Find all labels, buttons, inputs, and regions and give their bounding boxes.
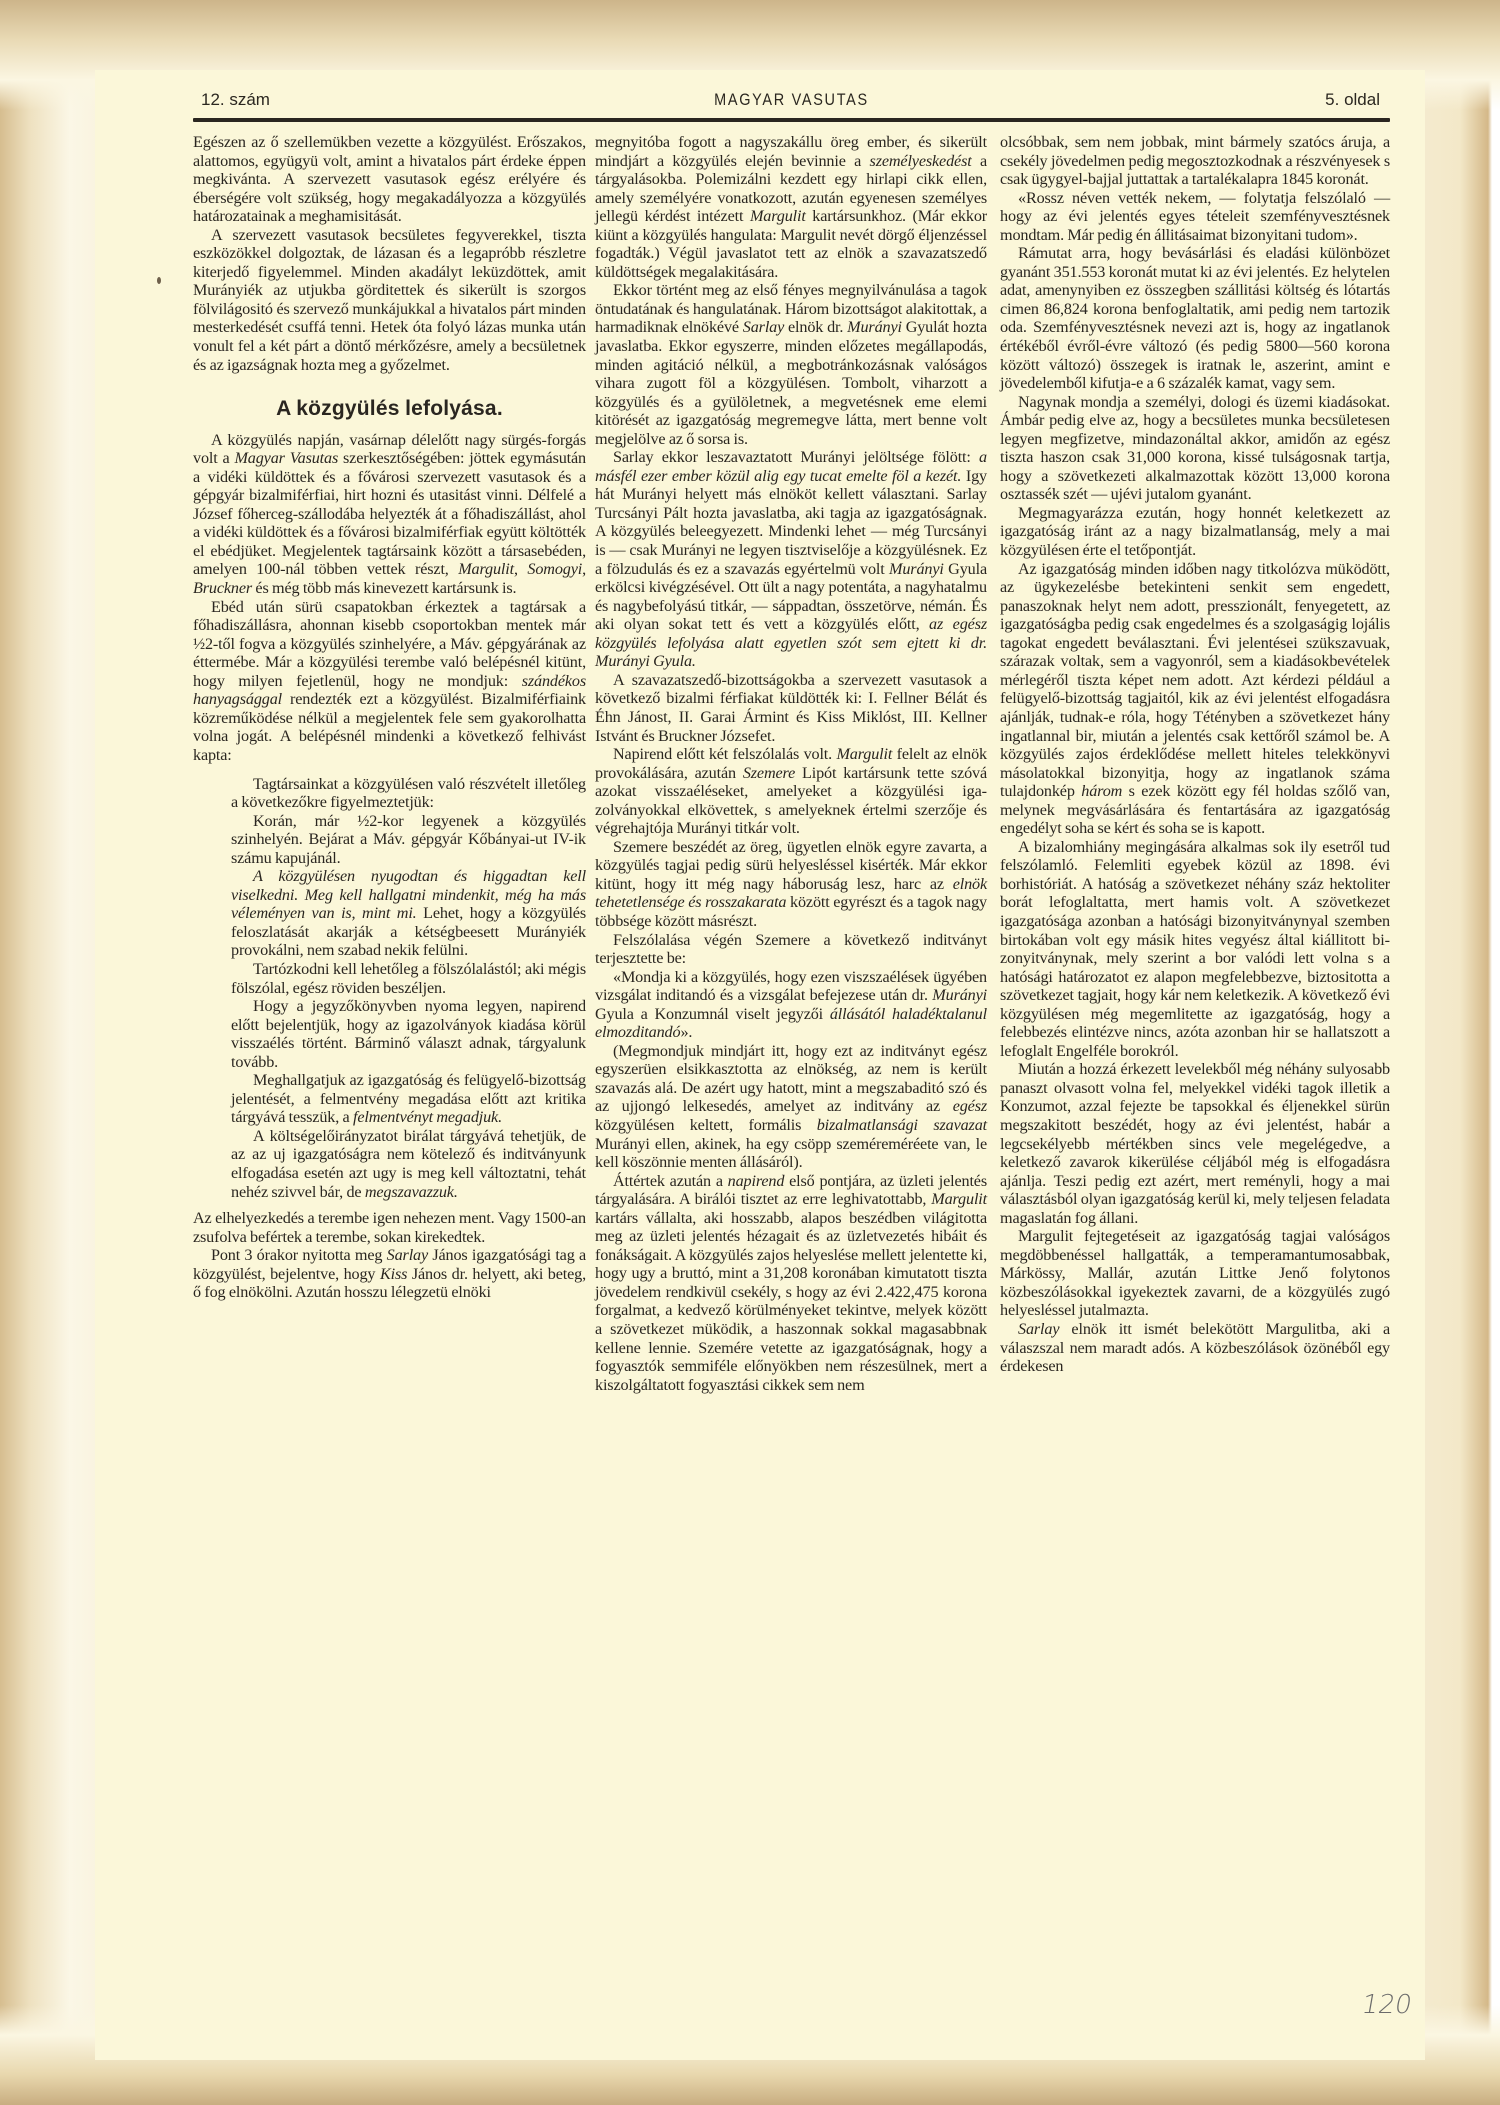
text-run: Az elhelyezkedés a terembe igen nehezen … xyxy=(193,1209,586,1246)
article-paragraph: Az elhelyezkedés a terembe igen nehezen … xyxy=(193,1209,586,1246)
text-run: Rámutat arra, hogy bevásárlási és eladás… xyxy=(1000,244,1390,392)
emphasized-text: Margulit xyxy=(931,1190,987,1208)
text-run: elnök itt ismét belekötött Mar­gulitba, … xyxy=(1000,1320,1390,1375)
article-paragraph: Ebéd után sürü csapatokban érkeztek a ta… xyxy=(193,598,586,765)
text-run: Áttértek azután a xyxy=(613,1172,728,1190)
article-paragraph: Rámutat arra, hogy bevásárlási és eladás… xyxy=(1000,244,1390,392)
text-run: Hogy a jegyzőkönyvben nyoma le­gyen, nap… xyxy=(231,997,586,1071)
quoted-notice-paragraph: Tartózkodni kell lehetőleg a fölszó­lalá… xyxy=(231,960,586,997)
emphasized-text: három xyxy=(1081,782,1122,800)
article-paragraph: Megmagyarázza ezután, hogy honnét ke­let… xyxy=(1000,504,1390,560)
article-paragraph: Napirend előtt két felszólalás volt. Mar… xyxy=(595,745,987,838)
column-left: Egészen az ő szellemükben vezette a köz­… xyxy=(193,133,586,1302)
text-run: szerkesztőségében: jöttek egymásután a v… xyxy=(193,449,586,578)
text-run: Korán, már ½2-kor legyenek a köz­gyülés … xyxy=(231,812,586,867)
article-paragraph: Az igazgatóság minden időben nagy tit­ko… xyxy=(1000,560,1390,838)
article-paragraph: olcsóbbak, sem nem jobbak, mint bármely … xyxy=(1000,133,1390,189)
text-run: Egészen az ő szellemükben vezette a köz­… xyxy=(193,133,586,225)
article-paragraph: «Mondja ki a közgyülés, hogy ezen visz­s… xyxy=(595,968,987,1042)
article-paragraph: Sarlay ekkor leszavaztatott Murányi jelö… xyxy=(595,448,987,671)
emphasized-text: megszavazzuk. xyxy=(365,1183,458,1201)
page-number: 5. oldal xyxy=(1325,90,1380,110)
quoted-notice-paragraph: Korán, már ½2-kor legyenek a köz­gyülés … xyxy=(231,812,586,868)
article-paragraph: Miután a hozzá érkezett levelekből még n… xyxy=(1000,1060,1390,1227)
text-run: Az igazgatóság minden időben nagy tit­ko… xyxy=(1000,560,1390,801)
article-paragraph: Felszólalása végén Szemere a következő i… xyxy=(595,931,987,968)
emphasized-text: Szemere xyxy=(743,764,795,782)
article-paragraph: Pont 3 órakor nyitotta meg Sarlay János … xyxy=(193,1246,586,1302)
handwritten-page-number: 120 xyxy=(1359,1990,1414,2020)
text-run: Tagtársainkat a közgyülésen való részvét… xyxy=(231,775,586,812)
text-run: Murányi ellen, akinek, ha egy csöpp szem… xyxy=(595,1135,987,1172)
article-paragraph: Nagynak mondja a személyi, dologi és üze… xyxy=(1000,393,1390,504)
text-run: Tartózkodni kell lehetőleg a fölszó­lalá… xyxy=(231,960,586,997)
article-paragraph: A közgyülés napján, vasárnap délelőtt na… xyxy=(193,431,586,598)
page-header: 12. szám MAGYAR VASUTAS 5. oldal xyxy=(193,88,1390,114)
text-run: A szervezett vasutasok becsületes fegyve… xyxy=(193,226,586,374)
article-paragraph: A szervezett vasutasok becsületes fegyve… xyxy=(193,226,586,374)
text-run: Gyula a Konzumnál viselt jegyzői xyxy=(595,1005,830,1023)
text-run: Pont 3 órakor nyitotta meg xyxy=(211,1246,387,1264)
emphasized-text: Mar­gulit xyxy=(750,207,806,225)
text-run: Miután a hozzá érkezett levelekből még n… xyxy=(1000,1060,1390,1226)
article-paragraph: Szemere beszédét az öreg, ügyetlen elnök… xyxy=(595,838,987,931)
quoted-notice-paragraph: Tagtársainkat a közgyülésen való részvét… xyxy=(231,775,586,812)
text-run: , xyxy=(514,560,527,578)
text-run: Sarlay ekkor leszavaztatott Murányi jelö… xyxy=(613,448,979,466)
emphasized-text: Sarlay xyxy=(743,318,784,336)
article-paragraph: «Rossz néven vették nekem, — folytatja f… xyxy=(1000,189,1390,245)
text-run: elnök dr. xyxy=(784,318,847,336)
text-run: Nagynak mondja a személyi, dologi és üze… xyxy=(1000,393,1390,504)
text-run: A szavazatszedő-bizottságokba a szerve­z… xyxy=(595,671,987,745)
quoted-notice-paragraph: A közgyülésen nyugodtan és higgad­tan ke… xyxy=(231,867,586,960)
quoted-notice-paragraph: Hogy a jegyzőkönyvben nyoma le­gyen, nap… xyxy=(231,997,586,1071)
emphasized-text: napirend xyxy=(728,1172,785,1190)
text-run: Szemere beszédét az öreg, ügyetlen elnök… xyxy=(595,838,987,893)
emphasized-text: felmentvényt meg­adjuk. xyxy=(353,1108,502,1126)
article-paragraph: megnyitóba fogott a nagyszakállu öreg em… xyxy=(595,133,987,281)
text-run: közgyülésen keltett, for­mális xyxy=(595,1116,817,1134)
column-right: olcsóbbak, sem nem jobbak, mint bármely … xyxy=(1000,133,1390,1376)
issue-number: 12. szám xyxy=(201,90,270,110)
article-paragraph: Egészen az ő szellemükben vezette a köz­… xyxy=(193,133,586,226)
emphasized-text: bizalmatlansági szavazat xyxy=(817,1116,987,1134)
article-paragraph: Ekkor történt meg az első fényes meg­nyi… xyxy=(595,281,987,448)
article-paragraph: A bizalomhiány megingására alkalmas sok … xyxy=(1000,838,1390,1061)
quoted-notice-paragraph: Meghallgatjuk az igazgatóság és felügyel… xyxy=(231,1071,586,1127)
text-run: «Mondja ki a közgyülés, hogy ezen visz­s… xyxy=(595,968,987,1005)
emphasized-text: Magyar Vasutas xyxy=(234,449,338,467)
text-run: Megmagyarázza ezután, hogy honnét ke­let… xyxy=(1000,504,1390,559)
emphasized-text: Mar­gulit xyxy=(836,745,892,763)
text-run: Gyulát hozta javaslatba. Ekkor egyszerre… xyxy=(595,318,987,447)
emphasized-text: személyeskedést xyxy=(870,152,972,170)
article-paragraph: Margulit fejtegetéseit az igazgatóság ta… xyxy=(1000,1227,1390,1320)
text-run: Napirend előtt két felszólalás volt. xyxy=(613,745,836,763)
emphasized-text: Murányi xyxy=(932,986,987,1004)
emphasized-text: Somogyi xyxy=(527,560,582,578)
text-run: és még több más kinevezett kartársunk is… xyxy=(252,579,516,597)
header-rule xyxy=(193,118,1390,122)
section-heading: A közgyülés lefolyása. xyxy=(193,400,586,419)
column-middle: megnyitóba fogott a nagyszakállu öreg em… xyxy=(595,133,987,1394)
text-run: (Megmondjuk mindjárt itt, hogy ezt az in… xyxy=(595,1042,987,1116)
article-paragraph: (Megmondjuk mindjárt itt, hogy ezt az in… xyxy=(595,1042,987,1172)
masthead-title: MAGYAR VASUTAS xyxy=(283,90,1300,110)
emphasized-text: Sarlay xyxy=(1018,1320,1059,1338)
ink-speck xyxy=(157,277,161,284)
text-run: , xyxy=(582,560,586,578)
text-run: kartárs vállalta, aki hosszabb, alapos b… xyxy=(595,1209,987,1394)
text-run: Felszólalása végén Szemere a következő i… xyxy=(595,931,987,968)
emphasized-text: Bruckner xyxy=(193,579,252,597)
text-run: «Rossz néven vették nekem, — folytatja f… xyxy=(1000,189,1390,244)
quoted-notice-paragraph: A költségelőirányzatot birálat tár­gyává… xyxy=(231,1127,586,1201)
emphasized-text: Murányi xyxy=(847,318,902,336)
text-run: olcsóbbak, sem nem jobbak, mint bármely … xyxy=(1000,133,1390,188)
emphasized-text: Kiss xyxy=(380,1265,407,1283)
emphasized-text: egész xyxy=(953,1097,987,1115)
article-paragraph: Sarlay elnök itt ismét belekötött Mar­gu… xyxy=(1000,1320,1390,1376)
text-run: Margulit fejtegetéseit az igazgatóság ta… xyxy=(1000,1227,1390,1319)
article-paragraph: Áttértek azután a napirend első pontjára… xyxy=(595,1172,987,1395)
emphasized-text: Sarlay xyxy=(387,1246,428,1264)
emphasized-text: Margulit xyxy=(458,560,514,578)
emphasized-text: Murányi xyxy=(889,560,944,578)
text-run: A bizalomhiány megingására alkalmas sok … xyxy=(1000,838,1390,1060)
text-run: ». xyxy=(680,1023,692,1041)
article-paragraph: A szavazatszedő-bizottságokba a szerve­z… xyxy=(595,671,987,745)
